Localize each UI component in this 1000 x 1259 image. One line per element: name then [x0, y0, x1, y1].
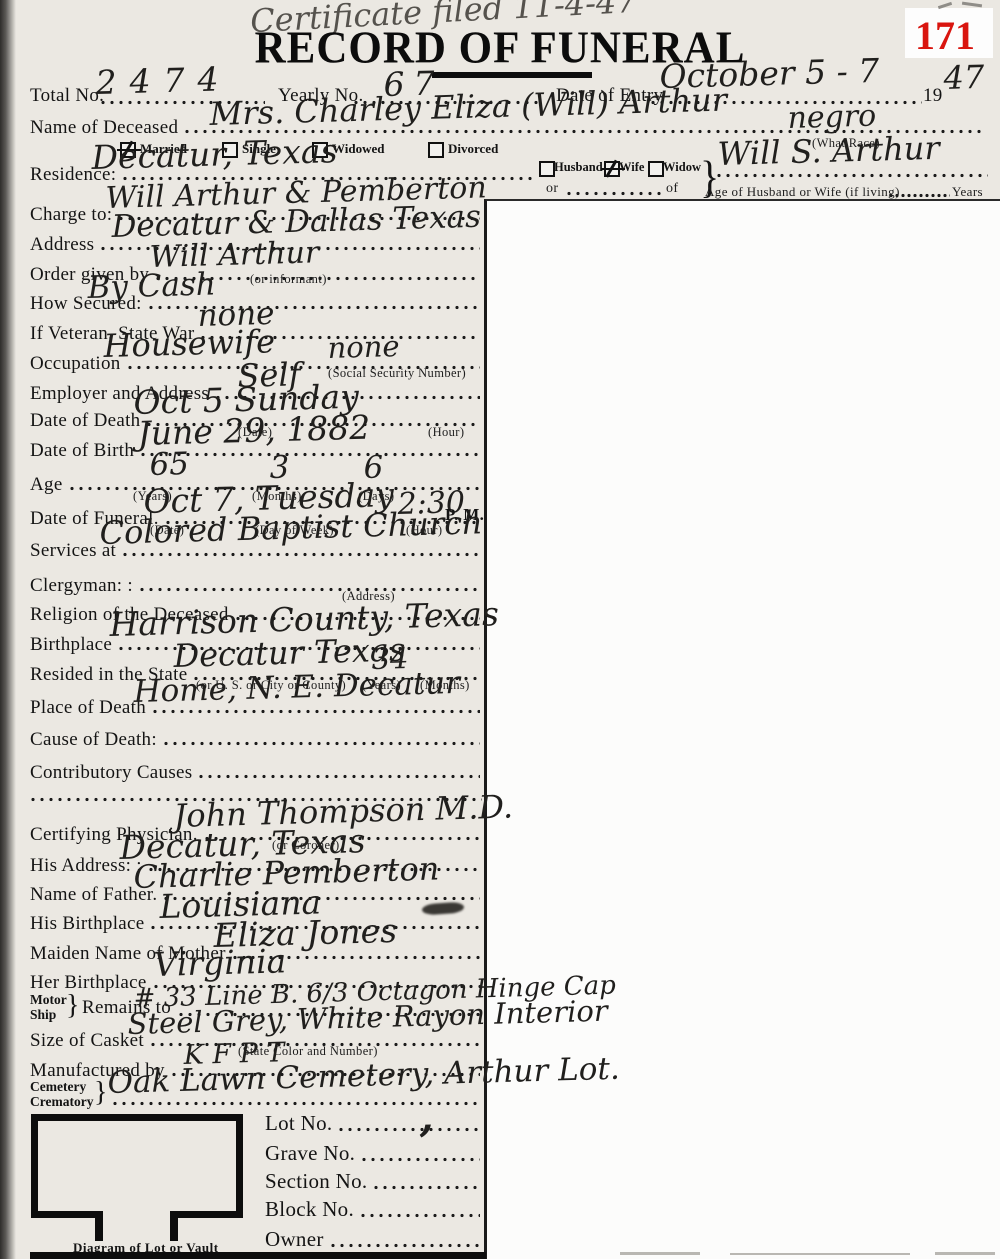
of-label: of — [666, 181, 678, 197]
field-label: Owner — [265, 1228, 324, 1252]
diagram-top-edge — [31, 1114, 243, 1121]
diagram-bottom-left-edge — [31, 1211, 103, 1218]
field-label: Her Birthplace — [30, 972, 147, 993]
checkbox-divorced-label: Divorced — [448, 141, 498, 157]
checkbox-husband-label: Husband — [554, 160, 603, 175]
field-label: Date of Death — [30, 410, 140, 431]
dotted-line — [198, 773, 480, 780]
funeral-record-page: Certificate filed 11-4-47 RECORD OF FUNE… — [0, 0, 1000, 1259]
cemetery-label: Cemetery — [30, 1080, 86, 1095]
field-clergyman: Clergyman: : — [30, 575, 482, 596]
field-owner: Owner — [265, 1228, 482, 1252]
total-no-label: Total No. — [30, 85, 104, 106]
checkbox-widow-label: Widow — [663, 160, 701, 175]
diagram-right-edge — [236, 1114, 243, 1218]
checkbox-wife — [604, 161, 620, 177]
blank-right-panel — [484, 199, 1000, 1259]
dotted-line — [139, 586, 480, 593]
years-suffix: Years — [952, 184, 983, 200]
diagram-left-edge — [31, 1114, 38, 1218]
checkbox-husband — [539, 161, 555, 177]
dotted-line — [163, 740, 480, 747]
dotted-line — [373, 1184, 480, 1191]
bottom-rule-bar — [30, 1252, 486, 1259]
race-value: negro — [787, 102, 876, 134]
dotted-line — [360, 1212, 480, 1219]
ssn-value: none — [327, 332, 400, 363]
year-value: 47 — [943, 61, 985, 94]
title-underline-bar — [432, 72, 592, 78]
field-lot-no: Lot No. — [265, 1112, 482, 1136]
spouse-name-value: Will S. Arthur — [717, 132, 940, 170]
field-label: Charge to: — [30, 204, 112, 225]
place-of-death-value: Home, N. E. Decatur — [133, 668, 460, 708]
dotted-line — [140, 451, 480, 458]
ship-label: Ship — [30, 1008, 56, 1023]
field-label: His Birthplace — [30, 913, 144, 934]
pencil-mark — [962, 2, 982, 8]
field-label: Section No. — [265, 1170, 367, 1194]
her-birthplace-value: Virginia — [153, 944, 287, 981]
or-label: or — [546, 181, 558, 197]
field-label: Contributory Causes — [30, 762, 192, 783]
motor-ship-brace: } — [66, 992, 79, 1020]
dotted-line — [716, 172, 988, 179]
dotted-line — [122, 551, 480, 558]
cutoff-print-artifact — [935, 1252, 995, 1255]
field-contributory-causes: Contributory Causes — [30, 762, 482, 783]
field-label: Address — [30, 234, 94, 255]
field-label: Age — [30, 474, 63, 495]
motor-label: Motor — [30, 993, 67, 1008]
dotted-line — [330, 1242, 480, 1249]
diagram-left-tab — [95, 1211, 103, 1241]
page-number: 171 — [915, 12, 975, 59]
age-years-value: 65 — [149, 449, 189, 481]
cutoff-print-artifact — [730, 1253, 910, 1255]
field-grave-no: Grave No. — [265, 1142, 482, 1166]
field-label: Date of Birth — [30, 440, 134, 461]
dotted-line — [566, 190, 662, 197]
field-label: Cause of Death: — [30, 729, 157, 750]
year-printed: 19 — [923, 85, 943, 106]
date-of-birth-value: June 29, 1882 — [137, 411, 371, 450]
or-informant-note: (or informant) — [250, 272, 327, 287]
book-binding-edge — [0, 0, 16, 1259]
field-section-no: Section No. — [265, 1170, 482, 1194]
field-label: Birthplace — [30, 634, 112, 655]
field-label: Grave No. — [265, 1142, 355, 1166]
field-label: Block No. — [265, 1198, 354, 1222]
crematory-label: Crematory — [30, 1095, 93, 1110]
field-label: Place of Death — [30, 697, 146, 718]
age-of-spouse-label: Age of Husband or Wife (if living) — [705, 184, 900, 200]
field-label: Lot No. — [265, 1112, 332, 1136]
field-label: Name of Deceased — [30, 117, 178, 138]
field-cause-of-death: Cause of Death: — [30, 729, 482, 750]
dotted-line — [361, 1156, 480, 1163]
field-block-no: Block No. — [265, 1198, 482, 1222]
residence-value: Decatur, Texas — [91, 134, 338, 174]
lot-no-mark: , — [419, 1098, 434, 1138]
dotted-line — [152, 708, 480, 715]
checkbox-divorced — [428, 142, 444, 158]
dotted-line — [888, 192, 950, 199]
diagram-bottom-right-edge — [170, 1211, 243, 1218]
field-label: Clergyman: : — [30, 575, 133, 596]
dotted-line — [338, 1126, 480, 1133]
checkbox-wife-label: Wife — [619, 160, 644, 175]
cemetery-brace: } — [94, 1079, 107, 1107]
checkbox-widow — [648, 161, 664, 177]
checkbox-widowed-label: Widowed — [332, 141, 385, 157]
cutoff-print-artifact — [620, 1252, 700, 1255]
diagram-right-tab — [170, 1211, 178, 1241]
hour-note: (Hour) — [428, 425, 464, 440]
services-at-value: Colored Baptist Church — [99, 506, 483, 549]
total-no-value: 2474 — [95, 62, 232, 99]
